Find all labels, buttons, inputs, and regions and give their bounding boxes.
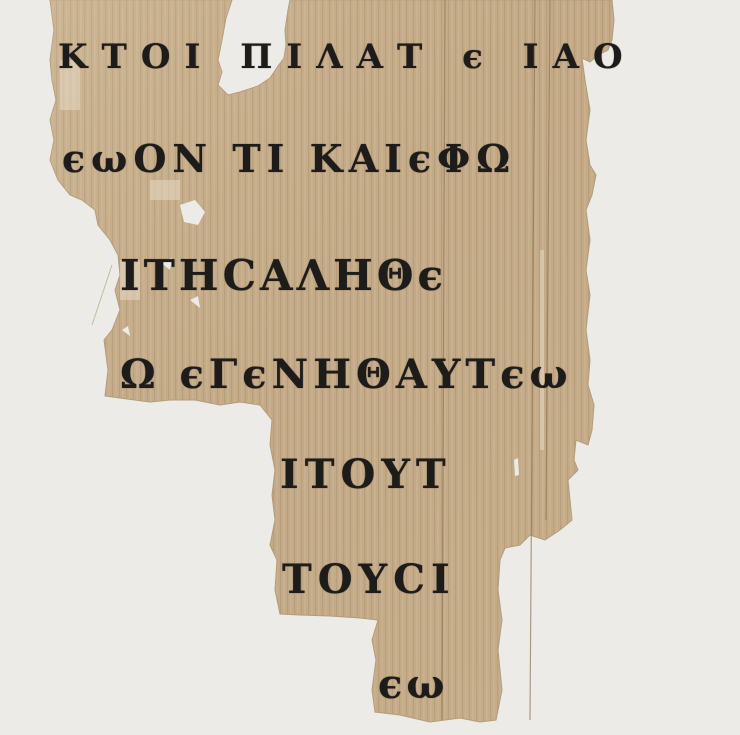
text-line-5: ΙΤΟΥΤ [280,455,452,495]
text-line-3: ΙΤΗCΑΛΗΘϵ [120,255,447,297]
photo-stage: ΚΤΟΙ ΠΙΛΑΤ ϵ ΙΑΟ ϵωΟΝ ΤΙ ΚΑΙϵΦΩ ΙΤΗCΑΛΗΘ… [0,0,740,735]
text-line-1: ΚΤΟΙ ΠΙΛΑΤ ϵ ΙΑΟ [58,40,637,74]
text-line-7: ϵω [378,665,448,705]
text-line-2: ϵωΟΝ ΤΙ ΚΑΙϵΦΩ [62,140,516,178]
text-line-6: ΤΟΥCΙ [282,560,456,600]
text-line-4: Ω ϵΓϵΝΗΘΑΥΤϵω [120,355,573,395]
